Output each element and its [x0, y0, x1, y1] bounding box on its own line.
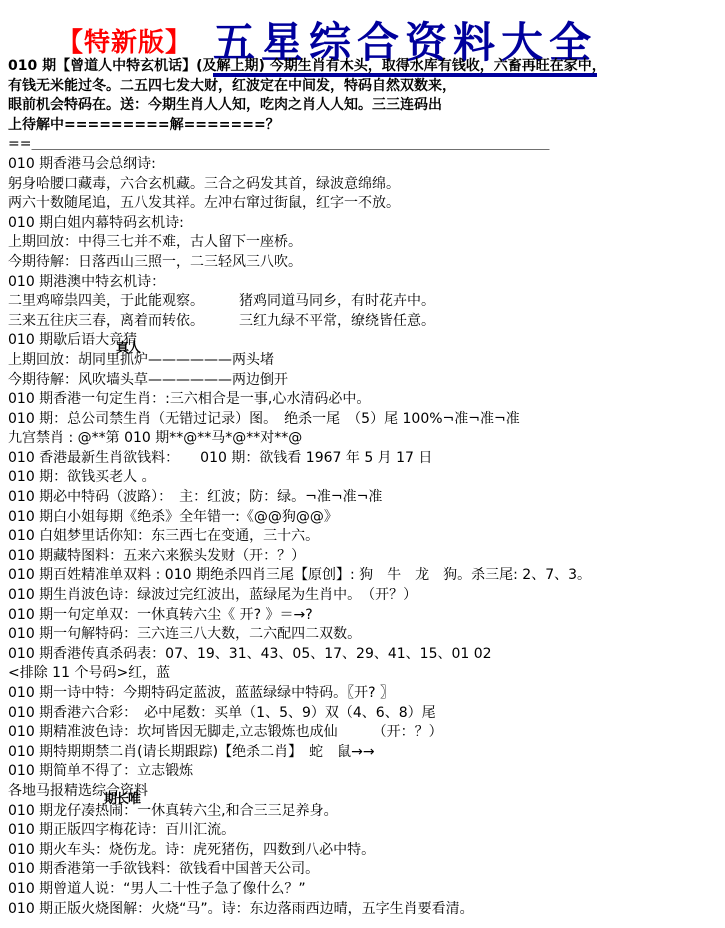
text-line: 010 期香港传真杀码表：07、19、31、43、05、17、29、41、15、…: [8, 645, 723, 665]
text-line: 010 期百姓精准单双料 : 010 期绝杀四肖三尾【原创】: 狗 牛 龙 狗。…: [8, 566, 723, 586]
text-line: 010 期一句定单双：一休真转六尘《 开? 》＝→?: [8, 606, 723, 626]
text-line: 010 期香港马会总纲诗:: [8, 155, 723, 175]
text-line: 010 期【曾道人中特玄机话】(及解上期) 今期生肖有木头，取得水库有钱收，六畜…: [8, 57, 723, 77]
text-line: 010 期火车头：烧伤龙。诗：虎死猪伤，四数到八必中特。: [8, 841, 723, 861]
text-line: 眼前机会特码在。送：今期生肖人人知，吃肉之肖人人知。三三连码出: [8, 96, 723, 116]
text-line: 有钱无米能过冬。二五四七发大财，红波定在中间发，特码自然双数来，: [8, 77, 723, 97]
text-line: <排除 11 个号码>红，蓝: [8, 664, 723, 684]
page: 【特新版】 五星综合资料大全 010 期【曾道人中特玄机话】(及解上期) 今期生…: [0, 0, 725, 928]
text-line: 九宫禁肖 : @**第 010 期**@**马*@**对**@: [8, 429, 723, 449]
text-line: 上期回放：中得三七并不难，古人留下一座桥。: [8, 233, 723, 253]
text-line: 010 期一诗中特：今期特码定蓝波，蓝蓝绿绿中特码。〖开? 〗: [8, 684, 723, 704]
text-line: 今期待解：风吹墙头草——————两边倒开: [8, 371, 723, 391]
text-line: 010 期香港第一手欲钱料：欲钱看中国普天公司。: [8, 860, 723, 880]
text-line: 010 期香港六合彩： 必中尾数：买单（1、5、9）双（4、6、8）尾: [8, 704, 723, 724]
edition-tag: 【特新版】: [57, 22, 192, 59]
text-line: 010 期：欲钱买老人 。: [8, 468, 723, 488]
text-line: 今期待解：日落西山三照一，二三轻风三八吹。: [8, 253, 723, 273]
text-line: 010 期必中特码（波路）： 主：红波；防：绿。¬准¬准¬准: [8, 488, 723, 508]
text-line: 三来五往庆三春，离着而转依。 三红九绿不平常，缭绕皆任意。: [8, 312, 723, 332]
text-line: 010 期一句解特码：三六连三八大数，二六配四二双数。: [8, 625, 723, 645]
text-line: 010 香港最新生肖欲钱料： 010 期：欲钱看 1967 年 5 月 17 日: [8, 449, 723, 469]
overlapping-text: 期长唯: [104, 793, 140, 806]
text-line: 010 期生肖波色诗：绿波过完红波出，蓝绿尾为生肖中。 （开？）: [8, 586, 723, 606]
text-line: 010 期白姐内幕特码玄机诗:: [8, 214, 723, 234]
text-line: 010 期简单不得了：立志锻炼: [8, 762, 723, 782]
text-line: 010 期藏特图料：五来六来猴头发财（开：？）: [8, 547, 723, 567]
text-line: 010 期特期期禁二肖(请长期跟踪)【绝杀二肖】 蛇 鼠→→: [8, 743, 723, 763]
text-line: 上待解中=========解=======？: [8, 116, 723, 136]
text-line: 010 期精准波色诗：坎坷皆因无脚走,立志锻炼也成仙 （开：？）: [8, 723, 723, 743]
text-line: 010 期香港一句定生肖：:三六相合是一事,心水清码必中。: [8, 390, 723, 410]
page-header: 【特新版】 五星综合资料大全: [0, 6, 725, 58]
text-line: 010 期正版四字梅花诗：百川汇流。: [8, 821, 723, 841]
text-line: 010 期白小姐每期《绝杀》全年错一:《@@狗@@》: [8, 508, 723, 528]
text-line: 010 期歇后语大竞猜真人: [8, 331, 723, 351]
text-line: 010 期正版火烧图解：火烧“马”。诗：东边落雨西边晴，五字生肖要看清。: [8, 900, 723, 920]
content-lines: 010 期【曾道人中特玄机话】(及解上期) 今期生肖有木头，取得水库有钱收，六畜…: [8, 57, 723, 919]
text-line: 010 期港澳中特玄机诗：: [8, 273, 723, 293]
text-line: 010 白姐梦里话你知：东三西七在变通，三十六。: [8, 527, 723, 547]
overlapping-text: 真人: [116, 342, 140, 355]
text-line: 010 期曾道人说：“男人二十性子急了像什么？”: [8, 880, 723, 900]
text-line: 010 期：总公司禁生肖（无错过记录）图。 绝杀一尾 （5）尾 100%¬准¬准…: [8, 410, 723, 430]
text-line: 两六十数随尾追，五八发其祥。左冲右窜过街鼠，红字一不放。: [8, 194, 723, 214]
text-line: 躬身哈腰口藏毒，六合玄机藏。三合之码发其首，绿波意绵绵。: [8, 175, 723, 195]
text-line: 各地马报精选综合资料期长唯: [8, 782, 723, 802]
text-line: ==＿＿＿＿＿＿＿＿＿＿＿＿＿＿＿＿＿＿＿＿＿＿＿＿＿＿＿＿＿＿＿＿＿＿＿＿＿: [8, 135, 723, 155]
text-line: 二里鸡啼祟四美，于此能观察。 猪鸡同道马同乡，有时花卉中。: [8, 292, 723, 312]
